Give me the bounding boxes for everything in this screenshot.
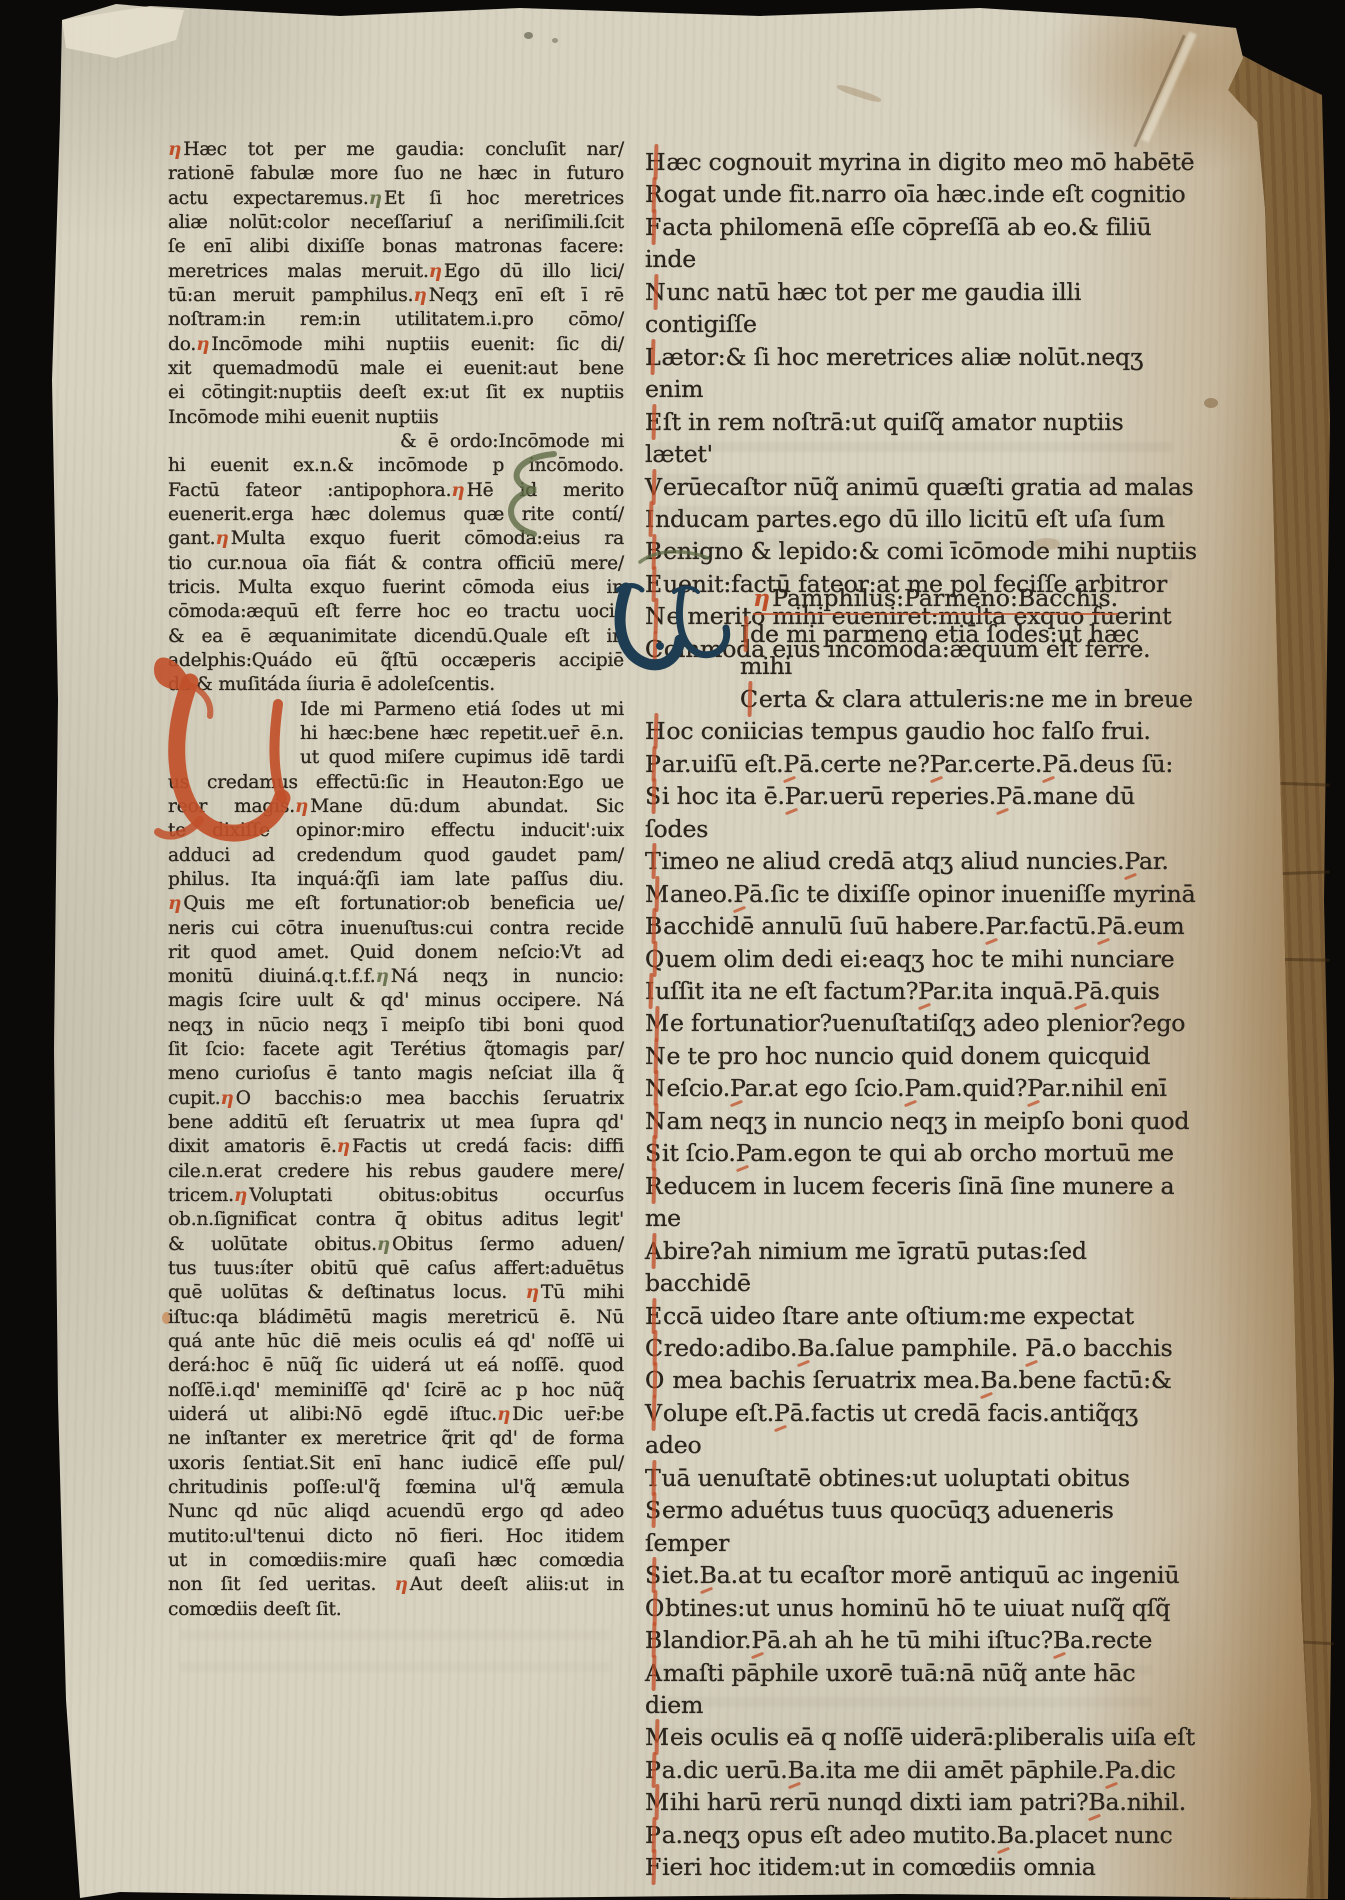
pilcrow-mark: η bbox=[429, 261, 444, 282]
verse-initial: A bbox=[645, 1657, 662, 1689]
commentary-line: ob.n.ſignificat contra q̄ obitus aditus … bbox=[168, 1208, 624, 1232]
verse-line: Eccā uideo ſtare ante oſtium:me expectat bbox=[645, 1300, 1197, 1332]
verse-line: Neſcio.Par.at ego ſcio.Pam.quid?Par.nihi… bbox=[645, 1072, 1197, 1104]
commentary-line: quē uolūtas & deſtinatus locus. ηTū mihi bbox=[168, 1281, 624, 1305]
commentary-line: neris cui cōtra inuenuſtus:cui contra re… bbox=[168, 917, 624, 941]
verse-initial: I bbox=[645, 975, 654, 1007]
commentary-line: mutito:ul'tenui dicto nō fieri. Hoc itid… bbox=[168, 1525, 624, 1549]
verse-initial: E bbox=[645, 1300, 662, 1332]
speaker-abbreviation: Pā. bbox=[1025, 1334, 1062, 1362]
verse-initial: R bbox=[645, 178, 663, 210]
commentary-line: tricem.ηVoluptati obitus:obitus occurſus bbox=[168, 1184, 624, 1208]
verse-line: Siet.Ba.at tu ecaſtor morē antiquū ac in… bbox=[645, 1559, 1197, 1591]
speaker-abbreviation: Ba. bbox=[1088, 1788, 1126, 1816]
commentary-line: tū:an meruit pamphilus.ηNeqʒ enī eſt ī r… bbox=[168, 284, 624, 308]
verse-initial: B bbox=[645, 910, 662, 942]
speaker-abbreviation: Ba. bbox=[797, 1334, 835, 1362]
commentary-line: tricis. Multa exquo fuerint cōmoda eius … bbox=[168, 576, 624, 600]
verse-line: Abire?ah nimium me īgratū putas:ſed bacc… bbox=[645, 1235, 1197, 1300]
verse-line: Verūecaſtor nūq̃ animū quæſti gratia ad … bbox=[645, 471, 1197, 503]
commentary-line: uxoris ſentiat.Sit enī hanc iudicē eſſe … bbox=[168, 1452, 624, 1476]
scene-heading: ηPamphilus:Parmeno:Bacchis. bbox=[645, 584, 1305, 612]
verse-line: Mihi harū rerū nunqd dixti iam patri?Ba.… bbox=[645, 1786, 1197, 1818]
commentary-line: ne inſtanter ex meretrice q̃rit qd' de f… bbox=[168, 1427, 624, 1451]
commentary-line: Incōmode mihi euenit nuptiis bbox=[168, 406, 624, 430]
pilcrow-mark: η bbox=[215, 528, 230, 549]
verse-line: Blandior.Pā.ah ah he tū mihi iſtuc?Ba.re… bbox=[645, 1624, 1197, 1656]
commentary-line: neqʒ in nūcio neqʒ ī meipſo tibi boni qu… bbox=[168, 1014, 624, 1038]
commentary-line: ut in comœdiis:mire quaſi hæc comœdia bbox=[168, 1549, 624, 1573]
verse-line: Nam neqʒ in nuncio neqʒ in meipſo boni q… bbox=[645, 1105, 1197, 1137]
commentary-line: rationē fabulæ more ſuo ne hæc in futuro bbox=[168, 162, 624, 186]
verse-line: Si hoc ita ē.Par.uerū reperies.Pā.mane d… bbox=[645, 780, 1197, 845]
verse-line: Timeo ne aliud credā atqʒ aliud nuncies.… bbox=[645, 845, 1197, 877]
verse-line: Inducam partes.ego dū illo licitū eſt uſ… bbox=[645, 503, 1197, 535]
initial-U-blue bbox=[608, 582, 744, 686]
speaker-abbreviation: Par. bbox=[918, 977, 962, 1005]
verse-line: Iuſſit ita ne eſt factum?Par.ita inquā.P… bbox=[645, 975, 1197, 1007]
verse-initial: H bbox=[645, 715, 665, 747]
verse-initial: I bbox=[645, 503, 654, 535]
commentary-line: ηHæc tot per me gaudia: concluſit nar/ bbox=[168, 138, 624, 162]
commentary-line: aliæ nolūt:color neceſſariuſ a neriſimil… bbox=[168, 211, 624, 235]
speaker-abbreviation: Par. bbox=[985, 912, 1029, 940]
pilcrow-mark: η bbox=[497, 1404, 512, 1425]
stain bbox=[1204, 398, 1218, 408]
verse-line: Credo:adibo.Ba.ſalue pamphile. Pā.o bacc… bbox=[645, 1332, 1197, 1364]
initial-U-red bbox=[146, 642, 318, 850]
speaker-abbreviation: Pā. bbox=[783, 750, 820, 778]
verse-initial: F bbox=[645, 1851, 661, 1883]
speaker-abbreviation: Par. bbox=[930, 750, 974, 778]
commentary-line: ei cōtingit:nuptiis deeſt ex:ut ſit ex n… bbox=[168, 381, 624, 405]
commentary-line: do.ηIncōmode mihi nuptiis euenit: ſic di… bbox=[168, 333, 624, 357]
pilcrow-mark: η bbox=[451, 480, 466, 501]
commentary-line: noſtram:in rem:in utilitatem.i.pro cōmo/ bbox=[168, 308, 624, 332]
commentary-line: ſit ſcio: facete agit Terétius q̃tomagis… bbox=[168, 1038, 624, 1062]
commentary-line: actu expectaremus.ηEt ſi hoc meretrices bbox=[168, 187, 624, 211]
commentary-line: iſtuc:qa bládimētū magis meretricū ē. Nū bbox=[168, 1306, 624, 1330]
commentary-line: ſe enī alibi dixiſſe bonas matronas face… bbox=[168, 235, 624, 259]
commentary-line: tio cur.noua oīa fiát & contra officiū m… bbox=[168, 552, 624, 576]
commentary-line: cile.n.erat credere his rebus gaudere me… bbox=[168, 1160, 624, 1184]
verse-initial: N bbox=[645, 1072, 665, 1104]
commentary-line: meno curioſus ē tanto magis neſciat illa… bbox=[168, 1062, 624, 1086]
green-underline-flourish bbox=[636, 546, 712, 568]
verse-line: Facta philomenā eſſe cōpreſſā ab eo.& fi… bbox=[645, 211, 1197, 276]
verse-initial: A bbox=[645, 1235, 662, 1267]
speaker-abbreviation: Par. bbox=[785, 782, 829, 810]
verse-initial: N bbox=[645, 276, 665, 308]
verse-initial: S bbox=[645, 1494, 661, 1526]
commentary-line: dixit amatoris ē.ηFactis ut credá facis:… bbox=[168, 1135, 624, 1159]
verse-initial: L bbox=[645, 341, 660, 373]
verse-line: Nunc natū hæc tot per me gaudia illi con… bbox=[645, 276, 1197, 341]
verse-initial: V bbox=[645, 471, 662, 503]
speaker-abbreviation: Pā. bbox=[1097, 912, 1134, 940]
verse-line: Rogat unde fit.narro oīa hæc.inde eſt co… bbox=[645, 178, 1197, 210]
speaker-abbreviation: Pā. bbox=[733, 880, 770, 908]
verse-line: Sit ſcio.Pam.egon te qui ab orcho mortuū… bbox=[645, 1137, 1197, 1169]
commentary-line: bene additū eſt ſeruatrix ut mea ſupra q… bbox=[168, 1111, 624, 1135]
pilcrow-mark: η bbox=[753, 584, 772, 612]
commentary-line: tus tuus:íter obitū quē caſus affert:adu… bbox=[168, 1257, 624, 1281]
pilcrow-mark: η bbox=[168, 139, 183, 160]
verse-line: Bacchidē annulū ſuū habere.Par.factū.Pā.… bbox=[645, 910, 1197, 942]
verse-initial: S bbox=[645, 1559, 661, 1591]
commentary-line: derá:hoc ē nūq̃ ſic uiderá ut eá noſſē. … bbox=[168, 1354, 624, 1378]
speaker-abbreviation: Pā. bbox=[1074, 977, 1111, 1005]
verse-line: Eſt in rem noſtrā:ut quiſq̃ amator nupti… bbox=[645, 406, 1197, 471]
verse-line: Pa.dic uerū.Ba.ita me dii amēt pāphile.P… bbox=[645, 1754, 1197, 1786]
play-text-column-block2: Ide mi parmeno etiā ſodes:ut hæc mihiCer… bbox=[645, 618, 1197, 1884]
scene-heading-text: Pamphilus:Parmeno:Bacchis. bbox=[772, 584, 1118, 612]
verse-initial: H bbox=[645, 146, 665, 178]
verse-line: Obtines:ut unus hominū hō te uiuat nuſq̃… bbox=[645, 1592, 1197, 1624]
speaker-abbreviation: Par. bbox=[1124, 847, 1168, 875]
scanned-book-page: ηHæc tot per me gaudia: concluſit nar/ra… bbox=[0, 0, 1345, 1900]
verse-initial: P bbox=[645, 748, 661, 780]
pilcrow-mark: η bbox=[394, 1574, 409, 1595]
verse-line: Pa.neqʒ opus eſt adeo mutito.Ba.placet n… bbox=[645, 1819, 1197, 1851]
verse-initial: M bbox=[645, 1721, 669, 1753]
verse-initial: M bbox=[645, 878, 669, 910]
speaker-abbreviation: Pam. bbox=[904, 1074, 962, 1102]
commentary-line: uiderá ut alibi:Nō egdē iſtuc.ηDic uer̄:… bbox=[168, 1403, 624, 1427]
stain bbox=[524, 32, 533, 39]
verse-initial: M bbox=[645, 1786, 669, 1818]
verse-line: Par.uiſū eſt.Pā.certe ne?Par.certe.Pā.de… bbox=[645, 748, 1197, 780]
verse-initial: M bbox=[645, 1007, 669, 1039]
commentary-line: chritudinis poſſe:ul'q̃ fœmina ul'q̃ æmu… bbox=[168, 1476, 624, 1500]
commentary-line: meretrices malas meruit.ηEgo dū illo lic… bbox=[168, 260, 624, 284]
commentary-line: & uolūtate obitus.ηObitus ſermo aduen/ bbox=[168, 1233, 624, 1257]
speaker-abbreviation: Pā. bbox=[996, 782, 1033, 810]
pilcrow-mark: η bbox=[220, 1088, 235, 1109]
verse-line: Me fortunatior?uenuſtatiſqʒ adeo plenior… bbox=[645, 1007, 1197, 1039]
verse-initial: P bbox=[645, 1754, 661, 1786]
verse-initial: O bbox=[645, 1592, 664, 1624]
pilcrow-mark: η bbox=[526, 1282, 541, 1303]
verse-line: Hoc coniicias tempus gaudio hoc falſo fr… bbox=[645, 715, 1197, 747]
green-pen-flourish bbox=[490, 446, 574, 550]
commentary-line: Nunc qd nūc aliqd acuendū ergo qd adeo bbox=[168, 1500, 624, 1524]
speaker-abbreviation: Ba. bbox=[1053, 1626, 1091, 1654]
speaker-abbreviation: Pā. bbox=[774, 1399, 811, 1427]
speaker-abbreviation: Pā. bbox=[1042, 750, 1079, 778]
verse-line: Fieri hoc itidem:ut in comœdiis omnia bbox=[645, 1851, 1197, 1883]
verse-initial: S bbox=[645, 1137, 661, 1169]
speaker-abbreviation: Par. bbox=[1027, 1074, 1071, 1102]
verse-line: Sermo aduétus tuus quocūqʒ adueneris ſem… bbox=[645, 1494, 1197, 1559]
verse-line: Tuā uenuſtatē obtines:ut uoluptati obitu… bbox=[645, 1462, 1197, 1494]
verse-line: Meis oculis eā q noſſē uiderā:pliberalis… bbox=[645, 1721, 1197, 1753]
commentary-line: cōmoda:æquū eſt ferre hoc eo tractu uoci… bbox=[168, 600, 624, 624]
commentary-line: rit quod amet. Quid donem neſcio:Vt ad bbox=[168, 941, 624, 965]
speaker-abbreviation: Ba. bbox=[997, 1821, 1035, 1849]
speaker-abbreviation: Pa. bbox=[1105, 1756, 1141, 1784]
verse-initial: E bbox=[645, 406, 662, 438]
verse-initial: F bbox=[645, 211, 661, 243]
commentary-line: noſſē.i.qd' meminiſſē qd' ſcirē ac p hoc… bbox=[168, 1379, 624, 1403]
verse-line: Ne te pro hoc nuncio quid donem quicquid bbox=[645, 1040, 1197, 1072]
verse-initial: S bbox=[645, 780, 661, 812]
commentary-line: magis ſcire uult & qd' minus occipere. N… bbox=[168, 989, 624, 1013]
verse-initial: V bbox=[645, 1397, 662, 1429]
verse-line: Amaſti pāphile uxorē tuā:nā nūq̃ ante hā… bbox=[645, 1657, 1197, 1722]
speaker-abbreviation: Ba. bbox=[788, 1756, 826, 1784]
commentary-line: ηQuis me eſt fortunatior:ob beneficia ue… bbox=[168, 892, 624, 916]
verse-line: O mea bachis ſeruatrix mea.Ba.bene factū… bbox=[645, 1364, 1197, 1396]
commentary-line: monitū diuiná.q.t.f.f.ηNá neqʒ in nuncio… bbox=[168, 965, 624, 989]
speaker-abbreviation: Par. bbox=[730, 1074, 774, 1102]
commentary-line: philus. Ita inquá:q̃ſi iam late paſſus d… bbox=[168, 868, 624, 892]
speaker-abbreviation: Pam. bbox=[736, 1139, 794, 1167]
verse-line: Quem olim dedi ei:eaqʒ hoc te mihi nunci… bbox=[645, 943, 1197, 975]
verse-initial: Q bbox=[645, 943, 664, 975]
speaker-abbreviation: Ba. bbox=[980, 1366, 1018, 1394]
commentary-line: xit quemadmodū male ei euenit:aut bene bbox=[168, 357, 624, 381]
pilcrow-mark: η bbox=[337, 1136, 352, 1157]
commentary-column: ηHæc tot per me gaudia: concluſit nar/ra… bbox=[168, 138, 624, 1622]
pilcrow-mark: η bbox=[196, 334, 211, 355]
verse-initial: T bbox=[645, 845, 661, 877]
verse-initial: T bbox=[645, 1462, 661, 1494]
speaker-abbreviation: Pā. bbox=[751, 1626, 788, 1654]
pilcrow-mark: η bbox=[234, 1185, 249, 1206]
verse-line: Benigno & lepido:& comi īcōmode mihi nup… bbox=[645, 535, 1197, 567]
verse-initial: R bbox=[645, 1170, 663, 1202]
commentary-line: non ſit ſed ueritas. ηAut deeſt aliis:ut… bbox=[168, 1573, 624, 1597]
commentary-line: comœdiis deeſt ſit. bbox=[168, 1598, 624, 1622]
pilcrow-mark: η bbox=[413, 285, 428, 306]
verse-initial: C bbox=[645, 1332, 663, 1364]
verse-line: Maneo.Pā.ſic te dixiſſe opinor inueniſſe… bbox=[645, 878, 1197, 910]
pilcrow-mark: η bbox=[369, 188, 384, 209]
pilcrow-mark: η bbox=[168, 893, 183, 914]
verse-line: Hæc cognouit myrina in digito meo mō hab… bbox=[645, 146, 1197, 178]
commentary-line: quá ante hūc diē meis oculis eá qd' noſſ… bbox=[168, 1330, 624, 1354]
show-through-text bbox=[180, 1630, 610, 1690]
pilcrow-mark: η bbox=[375, 966, 390, 987]
verse-line: Certa & clara attuleris:ne me in breue bbox=[645, 683, 1197, 715]
verse-initial: B bbox=[645, 1624, 662, 1656]
verse-line: Volupe eſt.Pā.factis ut credā facis.anti… bbox=[645, 1397, 1197, 1462]
verse-initial: O bbox=[645, 1364, 664, 1396]
verse-initial: P bbox=[645, 1819, 661, 1851]
pilcrow-mark: η bbox=[377, 1234, 392, 1255]
commentary-line: cupit.ηO bacchis:o mea bacchis ſeruatrix bbox=[168, 1087, 624, 1111]
stain bbox=[552, 38, 558, 43]
verse-line: Reducem in lucem feceris ſinā ſine muner… bbox=[645, 1170, 1197, 1235]
verse-initial: C bbox=[740, 683, 758, 715]
verse-line: Lætor:& ſi hoc meretrices aliæ nolūt.neq… bbox=[645, 341, 1197, 406]
verse-initial: N bbox=[645, 1105, 665, 1137]
verse-initial: N bbox=[645, 1040, 665, 1072]
speaker-abbreviation: Ba. bbox=[700, 1561, 738, 1589]
